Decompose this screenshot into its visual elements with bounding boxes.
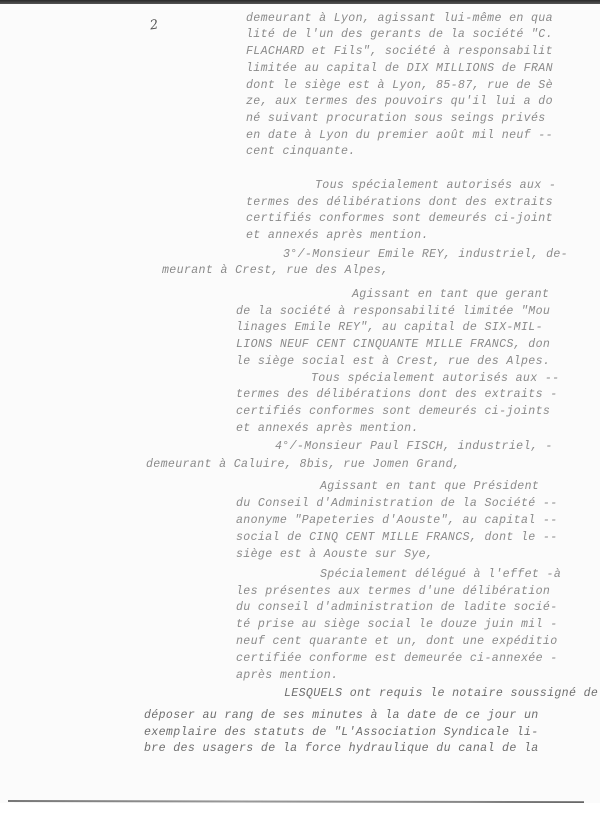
text-line: ze, aux termes des pouvoirs qu'il lui a … — [246, 96, 553, 108]
text-line: bre des usagers de la force hydraulique … — [144, 743, 539, 755]
text-line: demeurant à Lyon, agissant lui-même en q… — [246, 13, 553, 25]
text-line: exemplaire des statuts de "L'Association… — [144, 727, 539, 739]
text-line: 4°/-Monsieur Paul FISCH, industriel, - — [275, 441, 553, 453]
text-line: Tous spécialement autorisés aux - — [315, 180, 556, 192]
text-line: certifiée conforme est demeurée ci-annex… — [236, 653, 558, 665]
text-line: certifiés conformes sont demeurés ci-joi… — [236, 406, 550, 418]
text-line: siège est à Aouste sur Sye, — [236, 549, 433, 561]
text-line: Agissant en tant que gerant — [352, 289, 549, 301]
scan-top-edge — [0, 0, 600, 4]
text-line: les présentes aux termes d'une délibérat… — [236, 586, 550, 598]
text-line: le siège social est à Crest, rue des Alp… — [236, 356, 550, 368]
text-line: cent cinquante. — [246, 146, 356, 158]
page-number: 2 — [149, 17, 159, 33]
text-line: en date à Lyon du premier août mil neuf … — [246, 130, 553, 142]
text-line: né suivant procuration sous seings privé… — [246, 113, 546, 125]
text-line: et annexés après mention. — [236, 423, 419, 435]
text-line: meurant à Crest, rue des Alpes, — [162, 265, 389, 277]
text-line: social de CINQ CENT MILLE FRANCS, dont l… — [236, 532, 558, 544]
text-line: anonyme "Papeteries d'Aouste", au capita… — [236, 515, 558, 527]
text-line: linages Emile REY", au capital de SIX-MI… — [236, 322, 543, 334]
text-line: Agissant en tant que Président — [320, 481, 539, 493]
text-line: déposer au rang de ses minutes à la date… — [144, 710, 539, 722]
scan-margin — [0, 803, 600, 825]
text-line: neuf cent quarante et un, dont une expéd… — [236, 636, 558, 648]
text-line: limitée au capital de DIX MILLIONS de FR… — [246, 63, 553, 75]
text-line: Tous spécialement autorisés aux -- — [311, 373, 559, 385]
text-line: après mention. — [236, 670, 338, 682]
text-line: LIONS NEUF CENT CINQUANTE MILLE FRANCS, … — [236, 339, 550, 351]
text-line: Spécialement délégué à l'effet -à — [320, 569, 561, 581]
text-line: termes des délibérations dont des extrai… — [246, 197, 553, 209]
text-line: du Conseil d'Administration de la Sociét… — [236, 498, 558, 510]
text-line: té prise au siège social le douze juin m… — [236, 619, 558, 631]
text-line: FLACHARD et Fils", société à responsabil… — [246, 46, 553, 58]
text-line: 3°/-Monsieur Emile REY, industriel, de- — [283, 249, 568, 261]
text-line: lité de l'un des gerants de la société "… — [246, 29, 553, 41]
text-line: dont le siège est à Lyon, 85-87, rue de … — [246, 80, 553, 92]
text-line: de la société à responsabilité limitée "… — [236, 306, 550, 318]
text-line: certifiés conformes sont demeurés ci-joi… — [246, 213, 553, 225]
text-line: LESQUELS ont requis le notaire soussigné… — [284, 688, 598, 700]
text-line: du conseil d'administration de ladite so… — [236, 602, 558, 614]
document-page: 2 demeurant à Lyon, agissant lui-même en… — [0, 0, 600, 825]
text-line: et annexés après mention. — [246, 230, 429, 242]
text-line: termes des délibérations dont des extrai… — [236, 389, 558, 401]
text-line: demeurant à Caluire, 8bis, rue Jomen Gra… — [146, 459, 460, 471]
